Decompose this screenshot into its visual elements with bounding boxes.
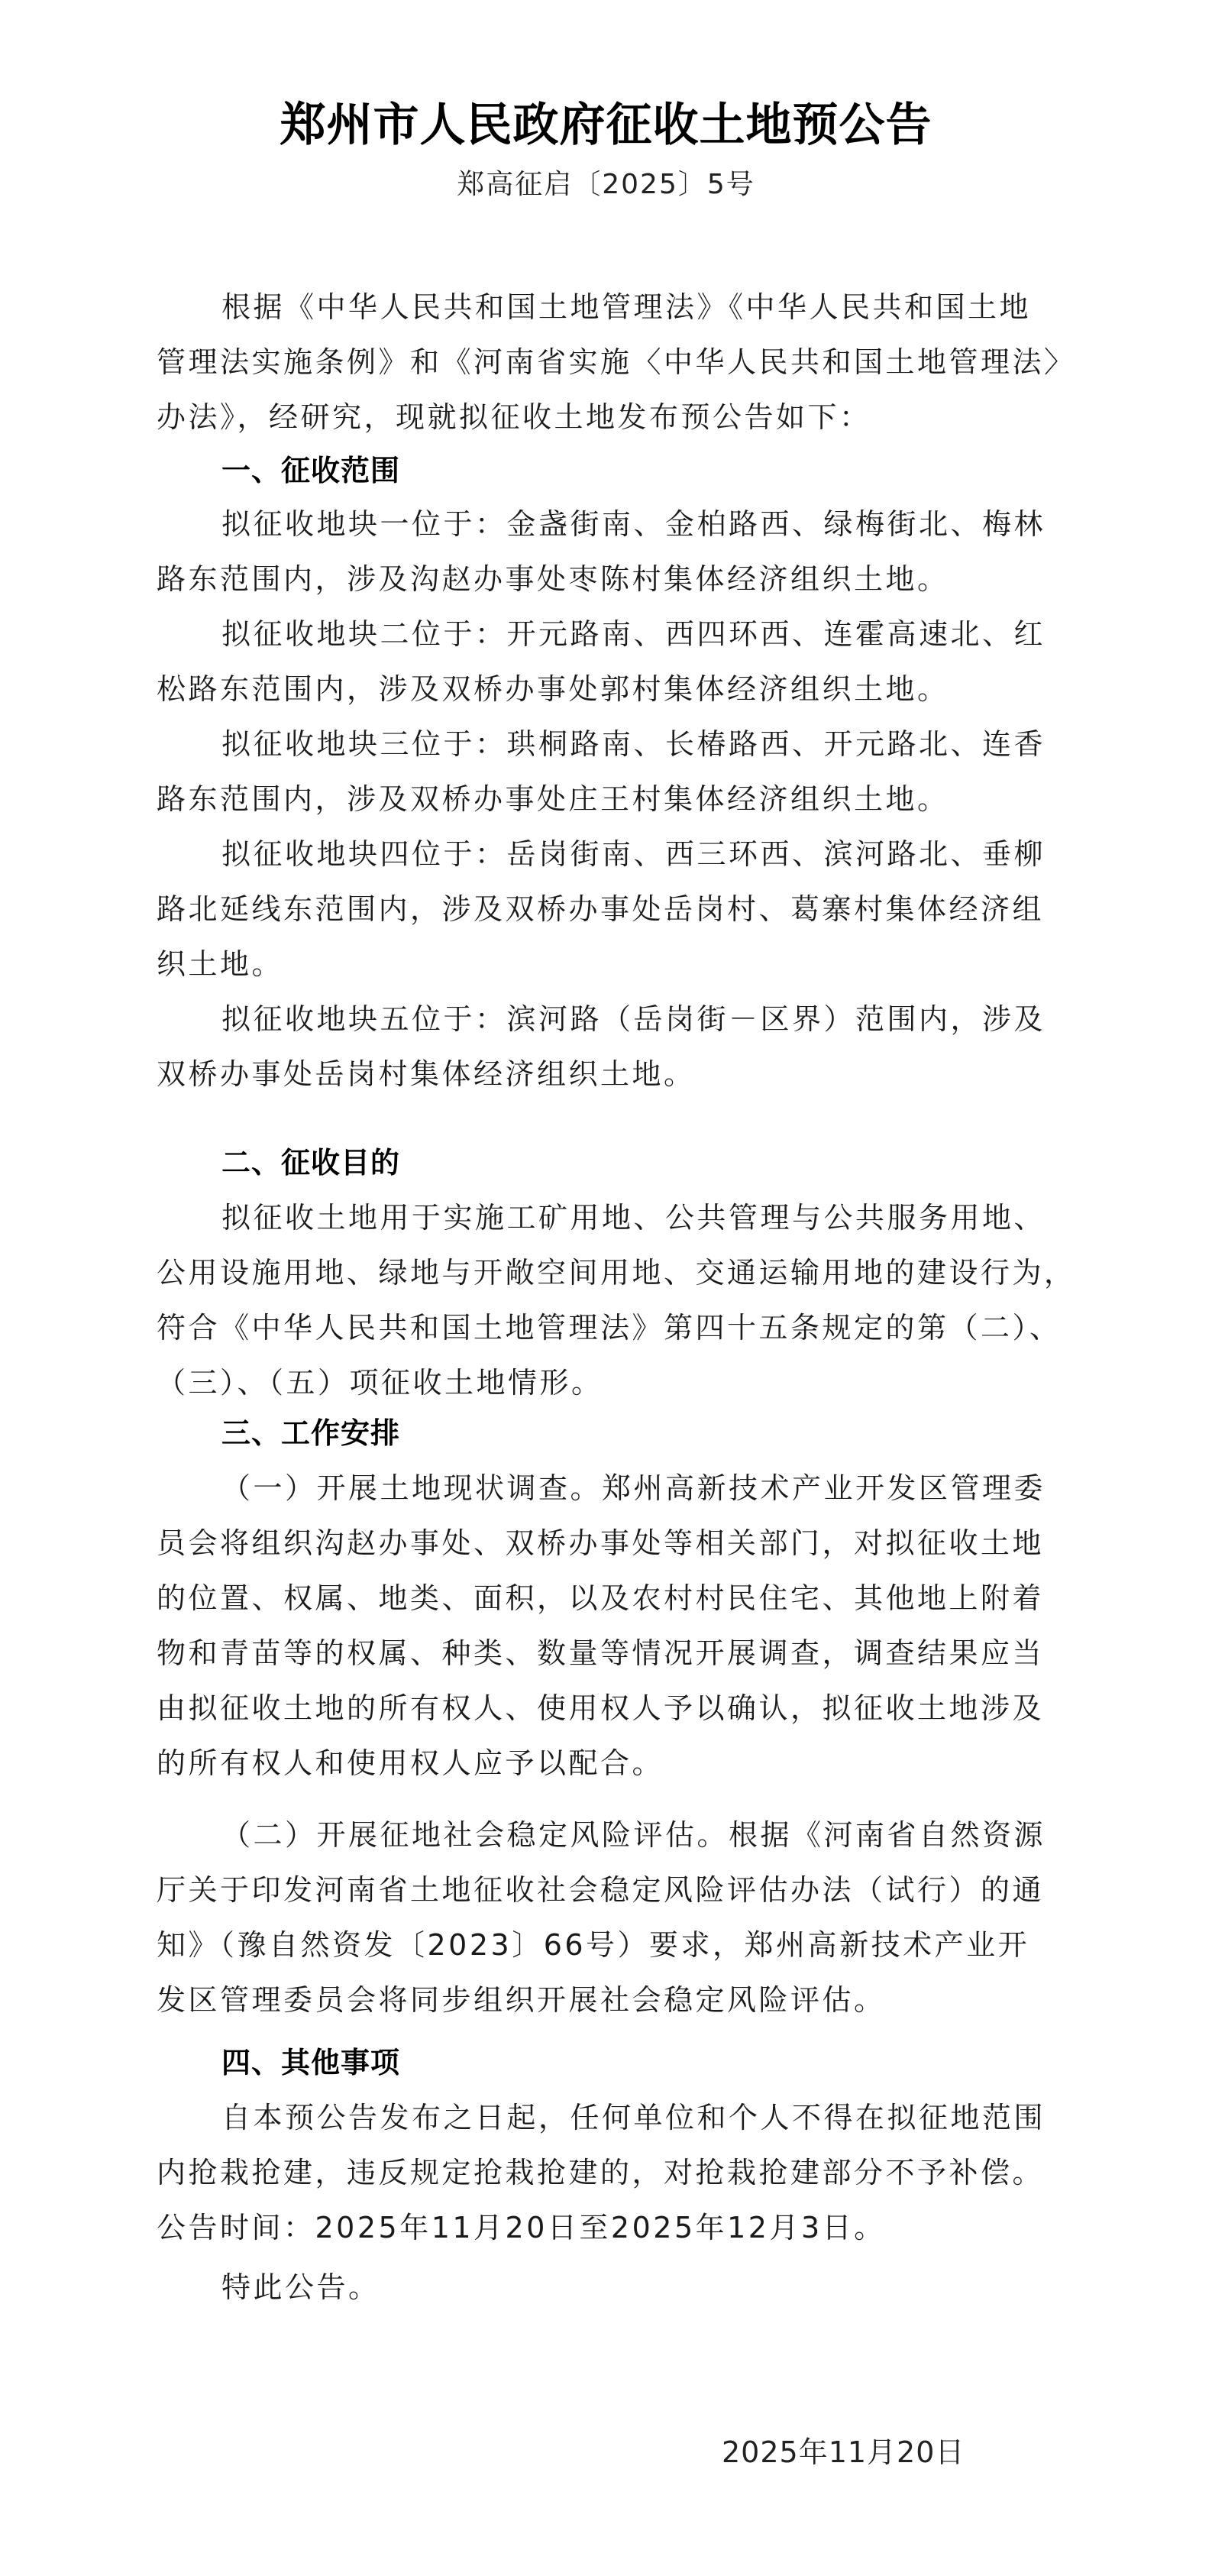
- paragraph-line: 织土地。: [157, 943, 1058, 985]
- paragraph-line: （二）开展征地社会稳定风险评估。根据《河南省自然资源: [221, 1814, 1123, 1856]
- paragraph-line: （一）开展土地现状调查。郑州高新技术产业开发区管理委: [221, 1467, 1123, 1510]
- document-title: 郑州市人民政府征收土地预公告: [0, 98, 1212, 153]
- intro-line: 管理法实施条例》和《河南省实施〈中华人民共和国土地管理法〉: [157, 341, 1058, 383]
- paragraph-line: 拟征收土地用于实施工矿用地、公共管理与公共服务用地、: [221, 1196, 1123, 1239]
- signature-date: 2025年11月20日: [722, 2431, 965, 2474]
- section-heading-other-matters: 四、其他事项: [221, 2041, 400, 2084]
- paragraph-line: 厅关于印发河南省土地征收社会稳定风险评估办法（试行）的通: [157, 1869, 1058, 1911]
- document-number: 郑高征启〔2025〕5号: [0, 167, 1212, 203]
- paragraph-line: 的所有权人和使用权人应予以配合。: [157, 1742, 1058, 1785]
- paragraph-line: 内抢栽抢建，违反规定抢栽抢建的，对抢栽抢建部分不予补偿。: [157, 2151, 1058, 2194]
- section-heading-purpose: 二、征收目的: [221, 1141, 400, 1184]
- paragraph-line: 由拟征收土地的所有权人、使用权人予以确认，拟征收土地涉及: [157, 1687, 1058, 1730]
- paragraph-line: 公告时间：2025年11月20日至2025年12月3日。: [157, 2206, 1058, 2249]
- paragraph-line: 的位置、权属、地类、面积，以及农村村民住宅、其他地上附着: [157, 1577, 1058, 1620]
- closing-statement: 特此公告。: [221, 2266, 1123, 2309]
- paragraph-line: 拟征收地块四位于：岳岗街南、西三环西、滨河路北、垂柳: [221, 833, 1123, 875]
- paragraph-line: 物和青苗等的权属、种类、数量等情况开展调查，调查结果应当: [157, 1632, 1058, 1675]
- intro-line: 根据《中华人民共和国土地管理法》《中华人民共和国土地: [221, 286, 1123, 328]
- paragraph-line: 员会将组织沟赵办事处、双桥办事处等相关部门，对拟征收土地: [157, 1522, 1058, 1565]
- paragraph-line: 拟征收地块一位于：金盏街南、金柏路西、绿梅街北、梅林: [221, 503, 1123, 545]
- paragraph-line: 符合《中华人民共和国土地管理法》第四十五条规定的第（二）、: [157, 1306, 1058, 1349]
- paragraph-line: （三）、（五）项征收土地情形。: [157, 1361, 1058, 1404]
- paragraph-line: 拟征收地块五位于：滨河路（岳岗街－区界）范围内，涉及: [221, 998, 1123, 1040]
- paragraph-line: 松路东范围内，涉及双桥办事处郭村集体经济组织土地。: [157, 668, 1058, 710]
- paragraph-line: 知》（豫自然资发〔2023〕66号）要求，郑州高新技术产业开: [157, 1924, 1058, 1966]
- paragraph-line: 发区管理委员会将同步组织开展社会稳定风险评估。: [157, 1979, 1058, 2021]
- section-heading-scope: 一、征收范围: [221, 449, 400, 492]
- document-page: 郑州市人民政府征收土地预公告 郑高征启〔2025〕5号 根据《中华人民共和国土地…: [0, 0, 1212, 2576]
- paragraph-line: 公用设施用地、绿地与开敞空间用地、交通运输用地的建设行为，: [157, 1251, 1058, 1294]
- section-heading-work-arrangement: 三、工作安排: [221, 1412, 400, 1455]
- paragraph-line: 路北延线东范围内，涉及双桥办事处岳岗村、葛寨村集体经济组: [157, 888, 1058, 930]
- intro-line: 办法》，经研究，现就拟征收土地发布预公告如下：: [157, 396, 1058, 439]
- paragraph-line: 拟征收地块三位于：珙桐路南、长椿路西、开元路北、连香: [221, 723, 1123, 765]
- paragraph-line: 双桥办事处岳岗村集体经济组织土地。: [157, 1053, 1058, 1095]
- paragraph-line: 自本预公告发布之日起，任何单位和个人不得在拟征地范围: [221, 2096, 1123, 2139]
- paragraph-line: 拟征收地块二位于：开元路南、西四环西、连霍高速北、红: [221, 613, 1123, 655]
- paragraph-line: 路东范围内，涉及沟赵办事处枣陈村集体经济组织土地。: [157, 558, 1058, 600]
- paragraph-line: 路东范围内，涉及双桥办事处庄王村集体经济组织土地。: [157, 778, 1058, 820]
